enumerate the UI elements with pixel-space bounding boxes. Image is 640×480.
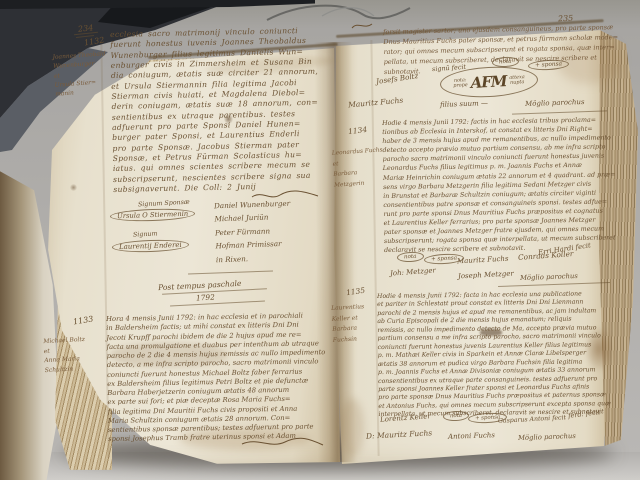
- record-text-1133: Hora 4 mensis Junii 1792: in hac ecclesi…: [106, 311, 327, 444]
- margin-note-1135: LaurentiusKeller etBarbaraFuchsin: [331, 302, 366, 346]
- witness-signatures-column: Daniel WunenburgerMichael JuriünPeter Fü…: [214, 197, 292, 267]
- nota-mark: nota: [397, 251, 424, 262]
- officiant-note: filius suum —: [440, 99, 488, 109]
- handwritten-line: Hofman Primissar: [215, 237, 291, 253]
- afm-monogram: AFM: [470, 72, 507, 92]
- circled-nota: nota: [443, 410, 470, 421]
- flourish-icon: [350, 20, 374, 32]
- monogram-side-note: nota: prope: [453, 78, 468, 90]
- nupta-label: nupta: [509, 80, 525, 86]
- prope-label: prope: [453, 83, 468, 89]
- handwritten-line: in Rixen.: [216, 250, 292, 266]
- circled-sponsa-cross: + sponsa: [528, 59, 570, 71]
- monogram-side-note: attexa nupta: [509, 75, 525, 87]
- handwritten-line: Fuchsin: [333, 334, 366, 346]
- sponsa-cross-mark: + sponsa: [528, 59, 570, 71]
- paper-browning: [340, 398, 364, 458]
- record-text-1134: Hodie 4 mensis Junii 1792: factis in hac…: [382, 115, 617, 255]
- margin-note-1134: Leonardus FuchsetBarbaraMetzgerin: [332, 145, 386, 190]
- flourish-icon: [240, 436, 325, 450]
- witness-signature: Antoni Fuchs: [448, 431, 495, 441]
- signum-label: Signum: [133, 230, 158, 238]
- circled-nota: nota: [397, 251, 424, 262]
- ink-stain: [70, 184, 77, 191]
- nota-mark: nota: [443, 410, 470, 421]
- margin-note-1132: Joannes TheobaldWunenburgeretUrsula Stie…: [52, 50, 108, 100]
- handwritten-line: Laurentius: [331, 302, 364, 314]
- section-heading-year: 1792: [196, 293, 215, 303]
- record-text-1135: Hodie 4 mensis Junii 1792: facta in hac …: [377, 290, 611, 420]
- record-text-1132: ecclesia sacro matrimonij vinculo coniun…: [110, 26, 320, 196]
- margin-note-1133: Michael BoltzetAnna MariaSchultzin: [43, 335, 87, 376]
- page-number-right: 235: [558, 14, 574, 24]
- register-photograph: 234 1132 Joannes TheobaldWunenburgeretUr…: [0, 0, 640, 480]
- bookmark-wire-icon: [262, 0, 412, 28]
